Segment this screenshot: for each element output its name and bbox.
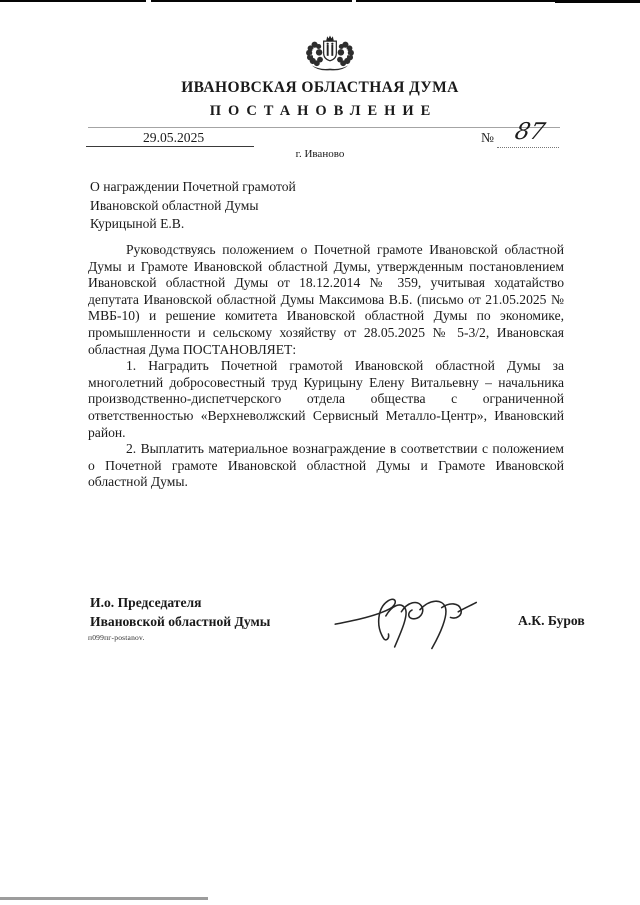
resolution-item-1: 1. Наградить Почетной грамотой Ивановско… (88, 358, 564, 441)
document-type-title: ПОСТАНОВЛЕНИЕ (0, 103, 640, 120)
document-subject: О награждении Почетной грамотой Ивановск… (90, 178, 390, 234)
scan-edge-gap (352, 0, 356, 4)
signer-position-line: И.о. Председателя (90, 594, 270, 613)
handwritten-signature (333, 588, 478, 650)
scan-edge-top-right (555, 0, 640, 3)
scanned-document-page: ИВАНОВСКАЯ ОБЛАСТНАЯ ДУМА ПОСТАНОВЛЕНИЕ … (0, 0, 640, 905)
header-rule-line (88, 127, 560, 128)
scan-edge-gap (146, 0, 151, 4)
subject-line: Курицыной Е.В. (90, 215, 390, 234)
number-label: № (481, 130, 494, 146)
subject-line: О награждении Почетной грамотой (90, 178, 390, 197)
ivanovo-oblast-coat-of-arms-icon (301, 33, 359, 79)
file-reference-footnote: п099пг-postanov. (88, 633, 145, 642)
resolution-item-2: 2. Выплатить материальное вознаграждение… (88, 441, 564, 491)
organization-name: ИВАНОВСКАЯ ОБЛАСТНАЯ ДУМА (0, 79, 640, 97)
document-body: Руководствуясь положением о Почетной гра… (88, 242, 564, 491)
signer-position: И.о. Председателя Ивановской областной Д… (90, 594, 270, 631)
scan-edge-bottom (0, 897, 208, 900)
document-date: 29.05.2025 (143, 130, 204, 146)
signer-position-line: Ивановской областной Думы (90, 613, 270, 632)
signer-name: А.К. Буров (518, 613, 585, 629)
preamble-paragraph: Руководствуясь положением о Почетной гра… (88, 242, 564, 358)
city-label: г. Иваново (0, 148, 640, 160)
scan-edge-top (0, 0, 640, 2)
date-underline (86, 146, 254, 147)
subject-line: Ивановской областной Думы (90, 197, 390, 216)
handwritten-document-number: 87 (497, 119, 563, 145)
